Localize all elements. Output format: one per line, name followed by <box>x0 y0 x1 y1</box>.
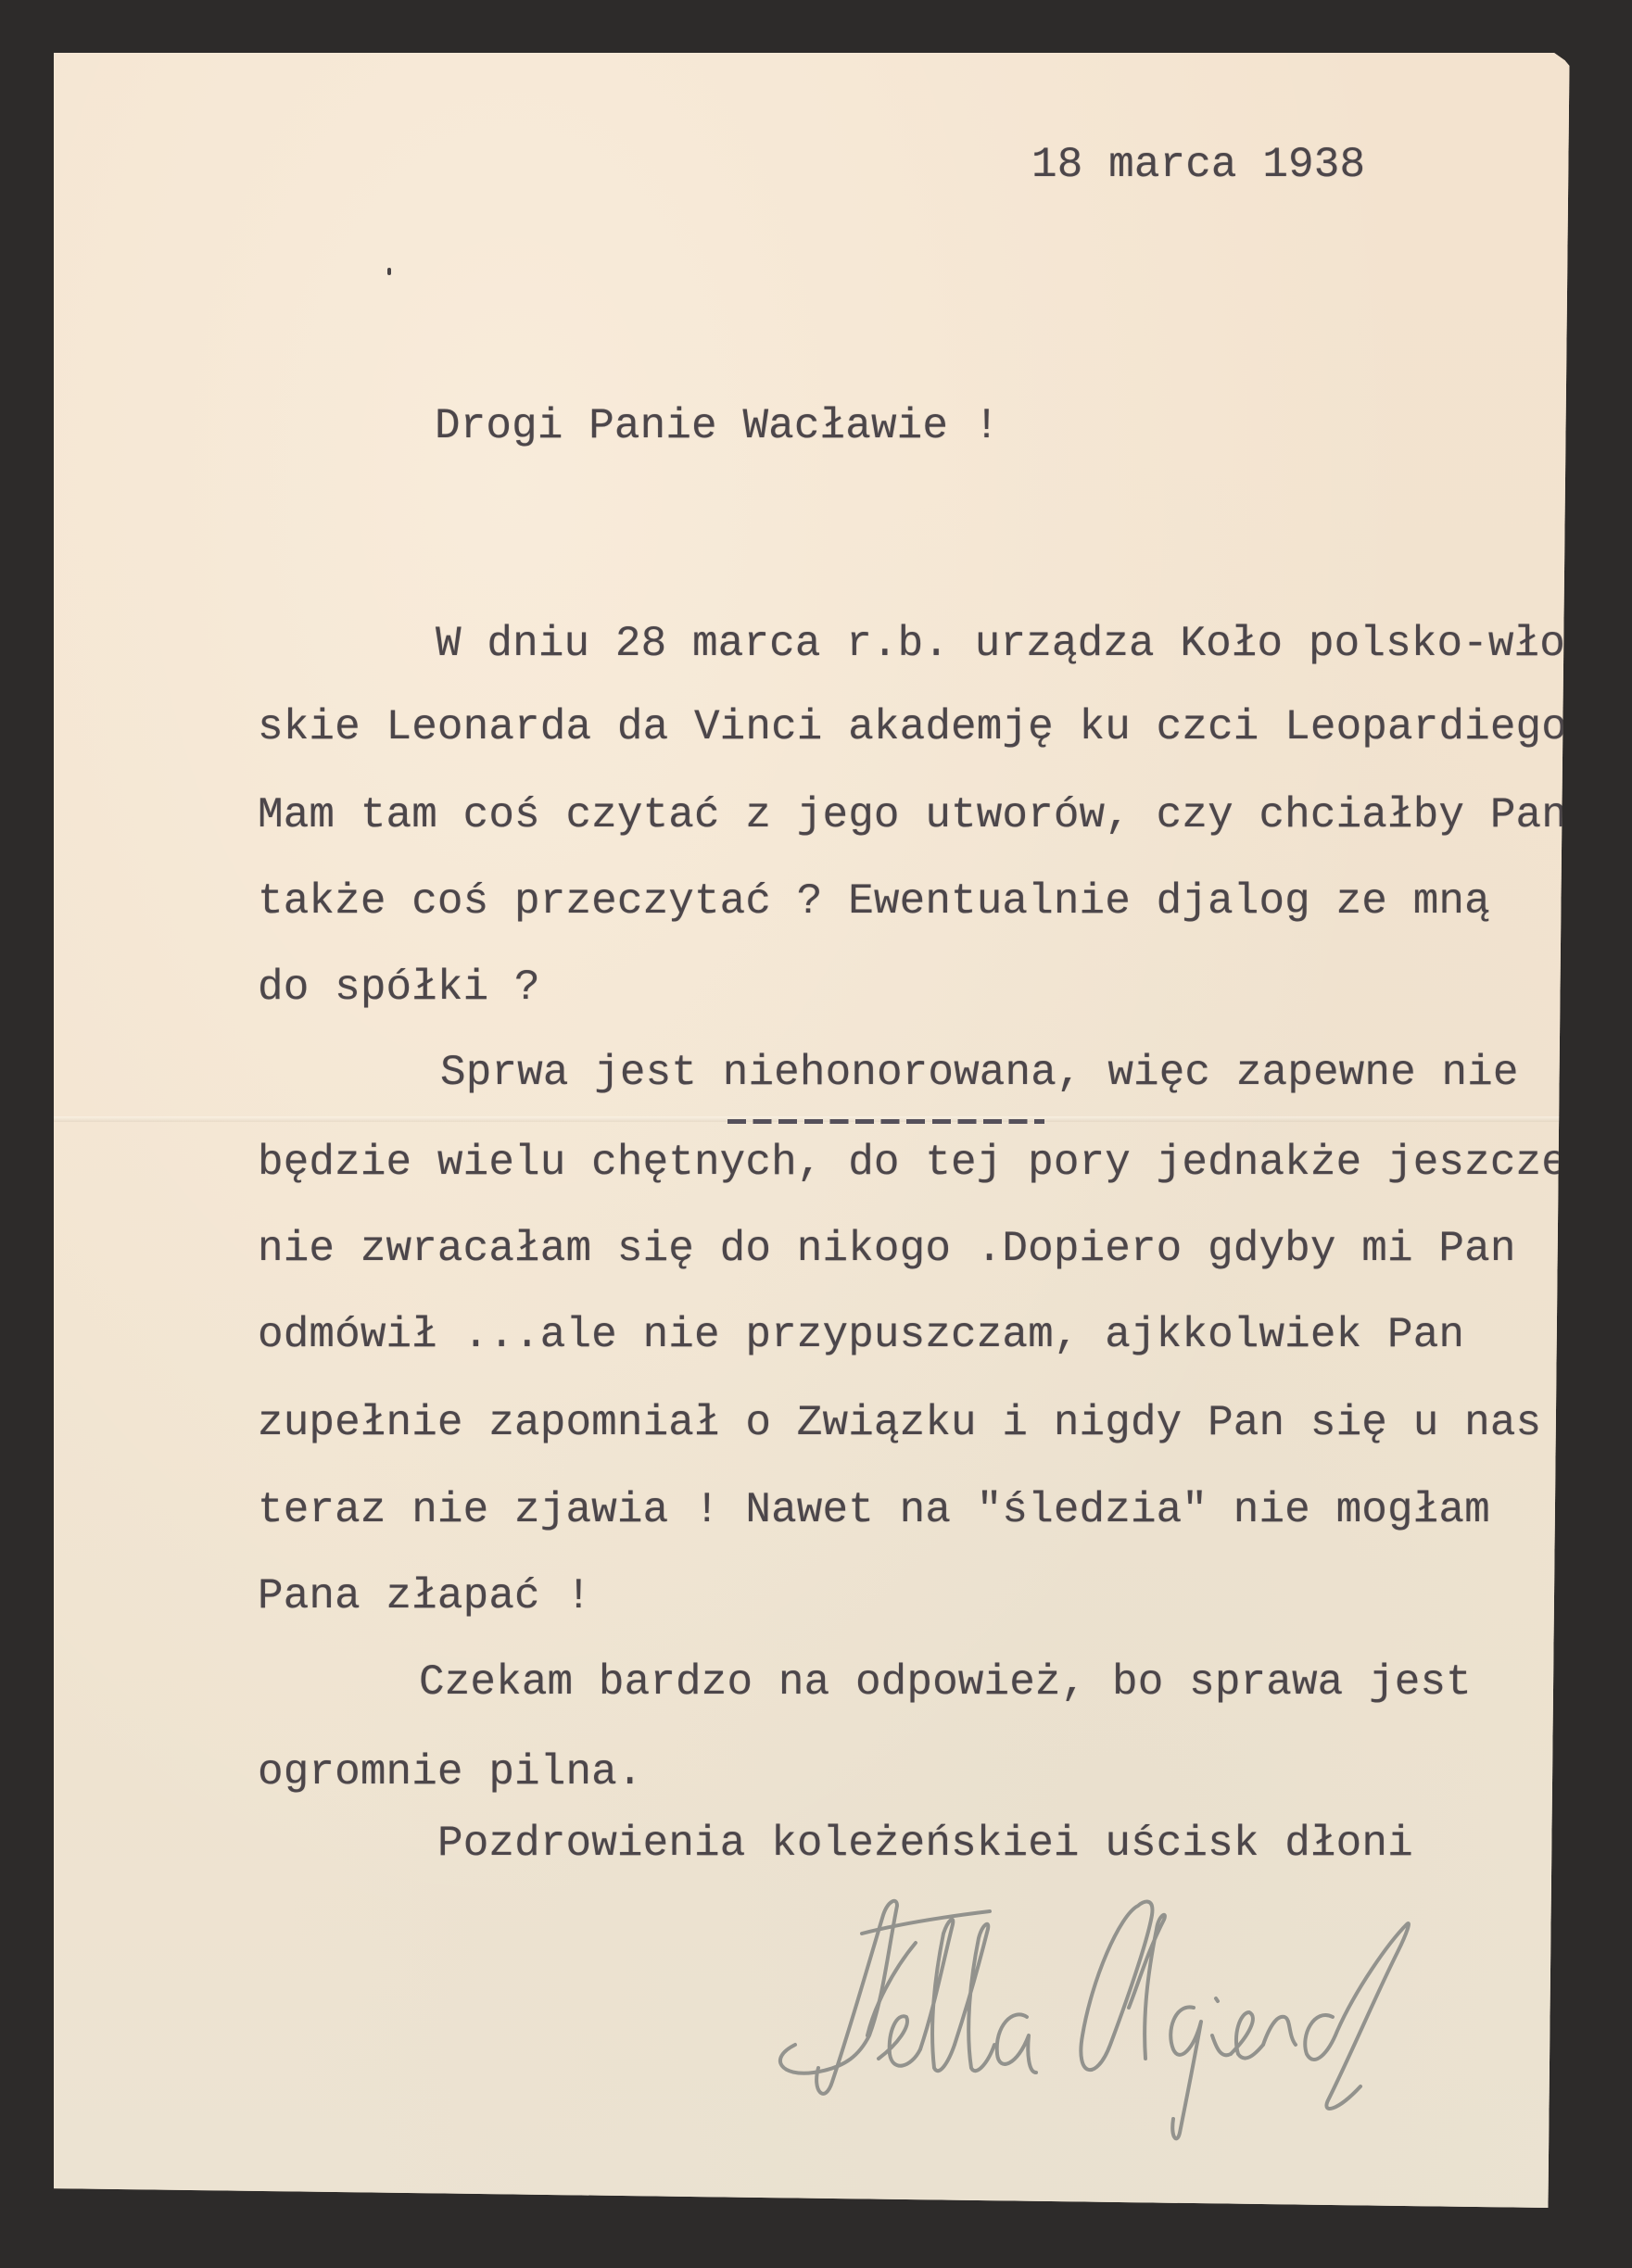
letter-date: 18 marca 1938 <box>1031 144 1365 186</box>
handwritten-signature <box>758 1896 1555 2147</box>
body-line-2: skie Leonarda da Vinci akademję ku czci … <box>258 706 1567 749</box>
body-line-8: nie zwracałam się do nikogo .Dopiero gdy… <box>258 1228 1516 1270</box>
body-line-9: odmówił ...ale nie przypuszczam, ajkkolw… <box>258 1314 1464 1356</box>
underline-niehonorowana <box>727 1119 1044 1124</box>
body-line-1: W dniu 28 marca r.b. urządza Koło polsko… <box>436 623 1565 665</box>
body-line-3: Mam tam coś czytać z jego utworów, czy c… <box>258 794 1567 837</box>
body-line-6: Sprwa jest niehonorowana, więc zapewne n… <box>440 1052 1519 1094</box>
body-line-12: Pana złapać ! <box>258 1575 591 1618</box>
body-line-5: do spółki ? <box>258 966 540 1009</box>
body-line-4: także coś przeczytać ? Ewentualnie djalo… <box>258 880 1490 923</box>
body-line-11: teraz nie zjawia ! Nawet na "śledzia" ni… <box>258 1489 1490 1531</box>
letter-page: 18 marca 1938 Drogi Panie Wacławie ! W d… <box>54 53 1575 2208</box>
body-line-10: zupełnie zapomniał o Związku i nigdy Pan… <box>258 1402 1541 1444</box>
letter-greeting: Drogi Panie Wacławie ! <box>435 405 1000 447</box>
closing-line: Pozdrowienia koleżeńskiei uścisk dłoni <box>437 1822 1413 1865</box>
ink-speck <box>387 268 391 275</box>
body-line-7: będzie wielu chętnych, do tej pory jedna… <box>258 1141 1567 1184</box>
body-line-14: ogromnie pilna. <box>258 1751 643 1794</box>
body-line-13: Czekam bardzo na odpowież, bo sprawa jes… <box>419 1661 1472 1704</box>
